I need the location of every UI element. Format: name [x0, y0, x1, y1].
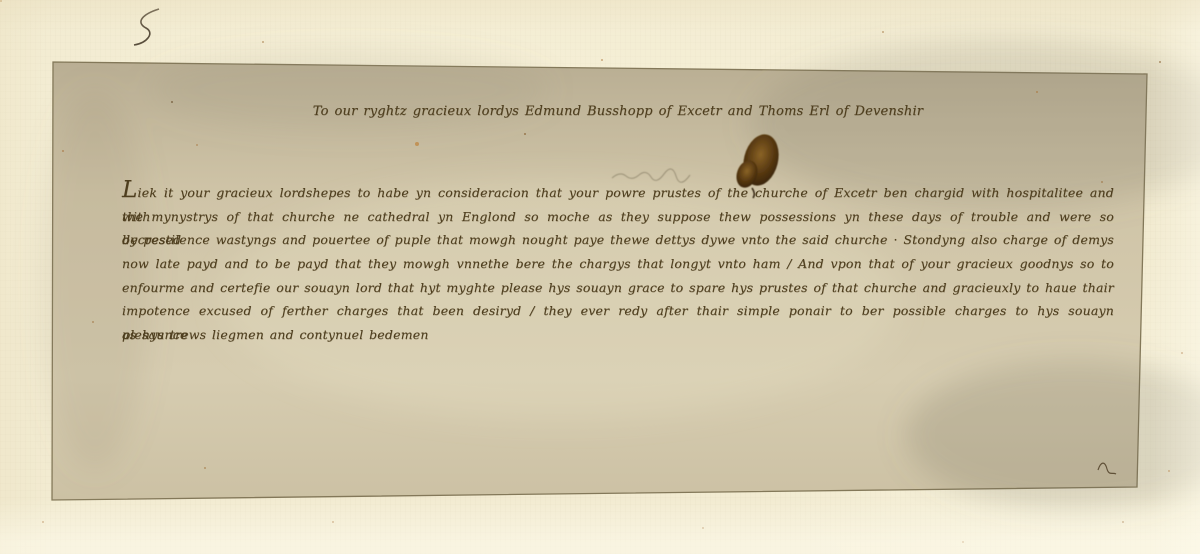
manuscript-photo: To our ryghtz gracieux lordys Edmund Bus…	[0, 0, 1200, 554]
petition-line: the mynystrys of that churche ne cathedr…	[122, 205, 1114, 229]
foxing-specks	[0, 0, 2, 2]
petition-line: Liek it your gracieux lordshepes to habe…	[122, 181, 1114, 205]
petition-line: by pestilence wastyngs and pouertee of p…	[122, 228, 1114, 252]
petition-line: as hys trews liegmen and contynuel bedem…	[122, 323, 1114, 347]
petition-body: Liek it your gracieux lordshepes to habe…	[122, 181, 1114, 347]
petition-line: impotence excused of ferther charges tha…	[122, 299, 1114, 323]
petition-line: enfourme and certefie our souayn lord th…	[122, 276, 1114, 300]
pen-flourish-icon	[134, 9, 159, 45]
petition-line: now late payd and to be payd that they m…	[122, 252, 1114, 276]
address-heading: To our ryghtz gracieux lordys Edmund Bus…	[298, 104, 938, 119]
